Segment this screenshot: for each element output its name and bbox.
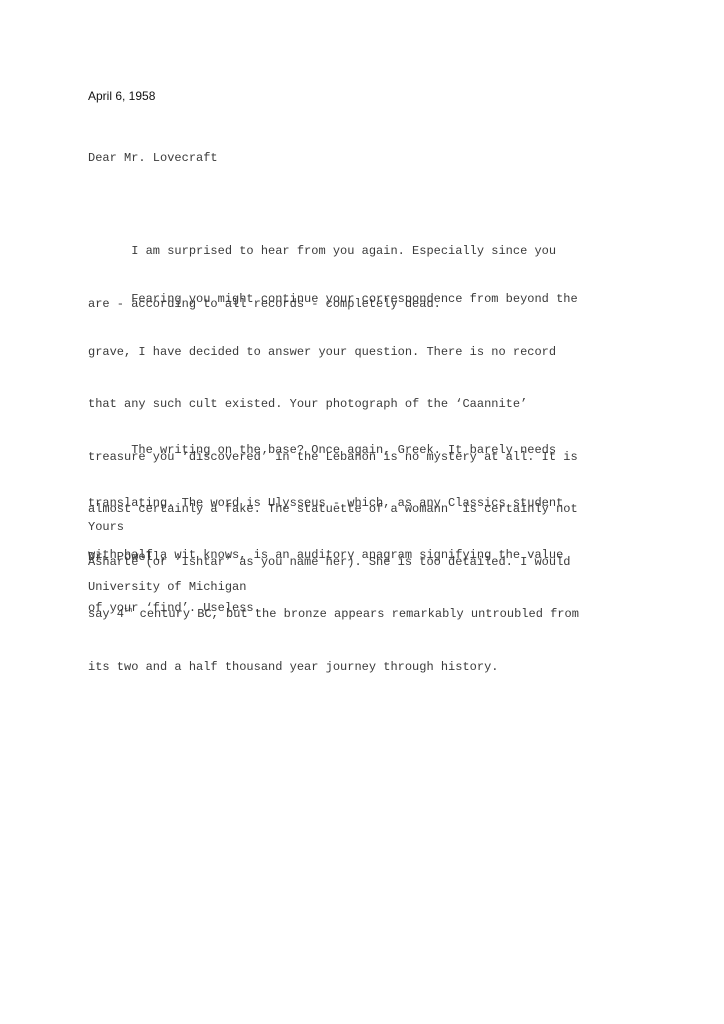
- signature: Dr. Powell,: [88, 549, 167, 567]
- paragraph-line: grave, I have decided to answer your que…: [88, 344, 579, 362]
- closing: Yours: [88, 519, 124, 537]
- salutation: Dear Mr. Lovecraft: [88, 150, 218, 168]
- paragraph-3: The writing on the base? Once again, Gre…: [88, 407, 563, 652]
- paragraph-line: Fearing you might continue your correspo…: [88, 291, 579, 309]
- paragraph-line: of your ‘find’. Useless.: [88, 600, 563, 618]
- paragraph-line: its two and a half thousand year journey…: [88, 659, 579, 677]
- paragraph-line: translating. The word is Ulysseus - whic…: [88, 495, 563, 513]
- letter-date: April 6, 1958: [88, 89, 155, 103]
- letter-page: April 6, 1958 Dear Mr. Lovecraft I am su…: [0, 0, 724, 1024]
- affiliation: University of Michigan: [88, 579, 246, 597]
- paragraph-line: The writing on the base? Once again, Gre…: [88, 442, 563, 460]
